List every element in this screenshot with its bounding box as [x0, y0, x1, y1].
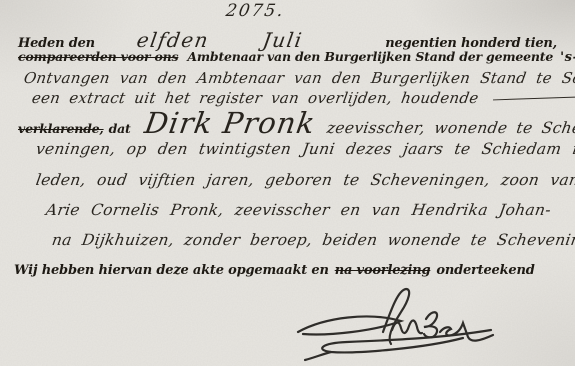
death-certificate-scan: 2075. Heden den elfden Juli negentien ho… [0, 0, 575, 366]
printed-closing-start: Wij hebben hiervan deze akte opgemaakt e… [14, 263, 329, 278]
handwritten-text: leden, oud vijftien jaren, geboren te Sc… [35, 171, 575, 189]
handwritten-line-mother: na Dijkhuizen, zonder beroep, beiden won… [0, 231, 575, 249]
handwritten-line-extract: een extract uit het register van overlij… [0, 89, 575, 107]
city-blackletter: 's-Gravenhage, [560, 50, 575, 65]
handwritten-line-ontvangen: Ontvangen van den Ambtenaar van den Burg… [0, 69, 575, 87]
form-line-official: compareerden voor ons Ambtenaar van den … [0, 49, 575, 65]
handwritten-text: na Dijkhuizen, zonder beroep, beiden won… [51, 231, 575, 249]
official-signature [295, 286, 495, 362]
deceased-name: Dirk Pronk [142, 106, 318, 140]
handwritten-text: een extract uit het register van overlij… [31, 89, 480, 107]
printed-closing-end: onderteekend [436, 263, 534, 278]
form-line-closing: Wij hebben hiervan deze akte opgemaakt e… [0, 263, 575, 278]
handwritten-text: veningen, op den twintigsten Juni dezes … [35, 140, 575, 158]
handwritten-line-death-date: veningen, op den twintigsten Juni dezes … [0, 140, 575, 158]
filler-line [493, 96, 575, 100]
struck-na-voorlezing: na voorlezing [335, 263, 431, 278]
struck-verklarende: verklarende, [18, 121, 104, 136]
handwritten-text: Arie Cornelis Pronk, zeevisscher en van … [45, 201, 553, 219]
form-line-name: verklarende, dat Dirk Pronk zeevisscher,… [0, 106, 575, 138]
handwritten-line-age: leden, oud vijftien jaren, geboren te Sc… [0, 171, 575, 189]
struck-compareerden: compareerden voor ons [18, 49, 178, 64]
handwritten-text: zeevisscher, wonende te Sche- [325, 119, 575, 137]
printed-ambtenaar: Ambtenaar van den Burgerlijken Stand der… [187, 49, 553, 64]
act-number: 2075. [224, 1, 286, 21]
handwritten-line-father: Arie Cornelis Pronk, zeevisscher en van … [0, 201, 575, 219]
handwritten-text: Ontvangen van den Ambtenaar van den Burg… [23, 69, 575, 87]
printed-dat: dat [109, 121, 131, 136]
